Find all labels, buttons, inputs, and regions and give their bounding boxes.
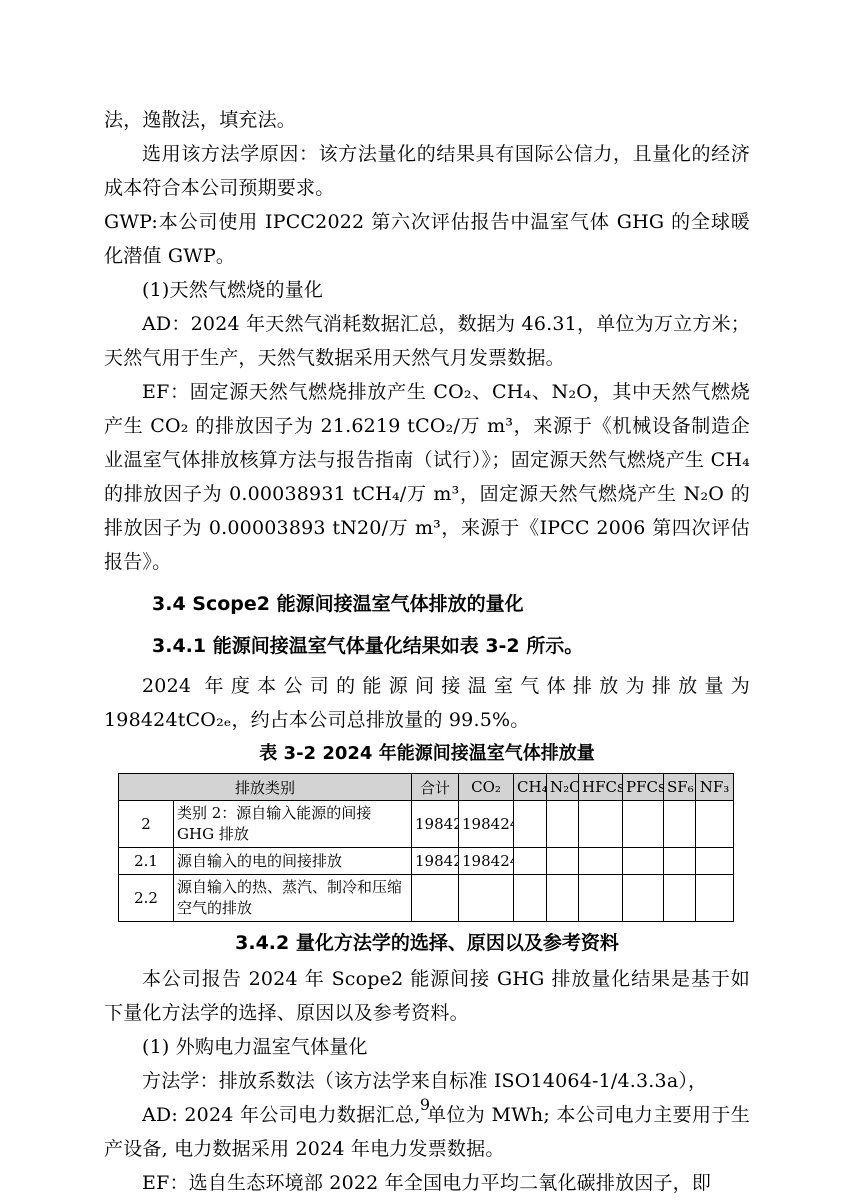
table-header-hfcs: HFCs <box>579 774 623 801</box>
table-cell-ch4 <box>514 801 547 848</box>
paragraph-natural-gas-ef: EF：固定源天然气燃烧排放产生 CO₂、CH₄、N₂O，其中天然气燃烧产生 CO… <box>104 375 750 579</box>
table-cell-co2 <box>459 875 514 922</box>
table-cell-n2o <box>547 848 579 875</box>
page-number: 9 <box>0 1094 850 1116</box>
paragraph-342-intro: 本公司报告 2024 年 Scope2 能源间接 GHG 排放量化结果是基于如下… <box>104 962 750 1030</box>
table-header-row: 排放类别 合计 CO₂ CH₄ N₂O HFCs PFCs SF₆ NF₃ <box>119 774 734 801</box>
table-cell-pfcs <box>623 875 664 922</box>
paragraph-methodology: 方法学：排放系数法（该方法学来自标准 ISO14064-1/4.3.3a）， <box>104 1064 750 1098</box>
table-cell-sf6 <box>664 801 696 848</box>
section-heading-3-4-2: 3.4.2 量化方法学的选择、原因以及参考资料 <box>104 928 750 958</box>
table-cell-row-no: 2.1 <box>119 848 174 875</box>
table-cell-total: 198424 <box>412 801 459 848</box>
table-cell-category: 源自输入的电的间接排放 <box>174 848 412 875</box>
table-cell-hfcs <box>579 848 623 875</box>
table-cell-n2o <box>547 801 579 848</box>
table-row: 2.1 源自输入的电的间接排放 198424 198424 <box>119 848 734 875</box>
table-cell-pfcs <box>623 848 664 875</box>
table-cell-co2: 198424 <box>459 801 514 848</box>
table-cell-sf6 <box>664 848 696 875</box>
table-cell-nf3 <box>696 801 734 848</box>
paragraph-electricity-title: (1) 外购电力温室气体量化 <box>104 1030 750 1064</box>
table-cell-row-no: 2.2 <box>119 875 174 922</box>
table-cell-sf6 <box>664 875 696 922</box>
section-heading-3-4: 3.4 Scope2 能源间接温室气体排放的量化 <box>152 589 750 619</box>
table-cell-n2o <box>547 875 579 922</box>
table-cell-category: 类别 2：源自输入能源的间接 GHG 排放 <box>174 801 412 848</box>
table-cell-category: 源自输入的热、蒸汽、制冷和压缩空气的排放 <box>174 875 412 922</box>
table-cell-hfcs <box>579 875 623 922</box>
document-page: 法，逸散法，填充法。 选用该方法学原因：该方法量化的结果具有国际公信力，且量化的… <box>0 0 850 1202</box>
table-header-co2: CO₂ <box>459 774 514 801</box>
table-row: 2.2 源自输入的热、蒸汽、制冷和压缩空气的排放 <box>119 875 734 922</box>
table-cell-co2: 198424 <box>459 848 514 875</box>
table-cell-hfcs <box>579 801 623 848</box>
table-header-sf6: SF₆ <box>664 774 696 801</box>
paragraph-natural-gas-ad: AD：2024 年天然气消耗数据汇总，数据为 46.31，单位为万立方米；天然气… <box>104 307 750 375</box>
paragraph-natural-gas-title: (1)天然气燃烧的量化 <box>104 273 750 307</box>
table-header-ch4: CH₄ <box>514 774 547 801</box>
table-header-category: 排放类别 <box>119 774 412 801</box>
table-cell-total: 198424 <box>412 848 459 875</box>
table-cell-nf3 <box>696 875 734 922</box>
table-header-n2o: N₂O <box>547 774 579 801</box>
table-header-nf3: NF₃ <box>696 774 734 801</box>
emissions-table: 排放类别 合计 CO₂ CH₄ N₂O HFCs PFCs SF₆ NF₃ 2 … <box>118 773 734 922</box>
table-cell-pfcs <box>623 801 664 848</box>
table-row: 2 类别 2：源自输入能源的间接 GHG 排放 198424 198424 <box>119 801 734 848</box>
paragraph-scope2-total: 2024 年度本公司的能源间接温室气体排放为排放量为 198424tCO₂ₑ，约… <box>104 669 750 737</box>
table-cell-total <box>412 875 459 922</box>
table-cell-nf3 <box>696 848 734 875</box>
table-cell-ch4 <box>514 875 547 922</box>
paragraph-method-tail: 法，逸散法，填充法。 <box>104 103 750 137</box>
table-caption: 表 3-2 2024 年能源间接温室气体排放量 <box>104 739 750 769</box>
page-content: 法，逸散法，填充法。 选用该方法学原因：该方法量化的结果具有国际公信力，且量化的… <box>0 0 850 1200</box>
table-cell-row-no: 2 <box>119 801 174 848</box>
table-cell-ch4 <box>514 848 547 875</box>
section-heading-3-4-1: 3.4.1 能源间接温室气体量化结果如表 3-2 所示。 <box>152 631 750 661</box>
paragraph-gwp: GWP:本公司使用 IPCC2022 第六次评估报告中温室气体 GHG 的全球暖… <box>104 205 750 273</box>
paragraph-electricity-ef: EF：选自生态环境部 2022 年全国电力平均二氧化碳排放因子，即 <box>104 1166 750 1200</box>
table-header-total: 合计 <box>412 774 459 801</box>
table-header-pfcs: PFCs <box>623 774 664 801</box>
paragraph-method-reason: 选用该方法学原因：该方法量化的结果具有国际公信力，且量化的经济成本符合本公司预期… <box>104 137 750 205</box>
